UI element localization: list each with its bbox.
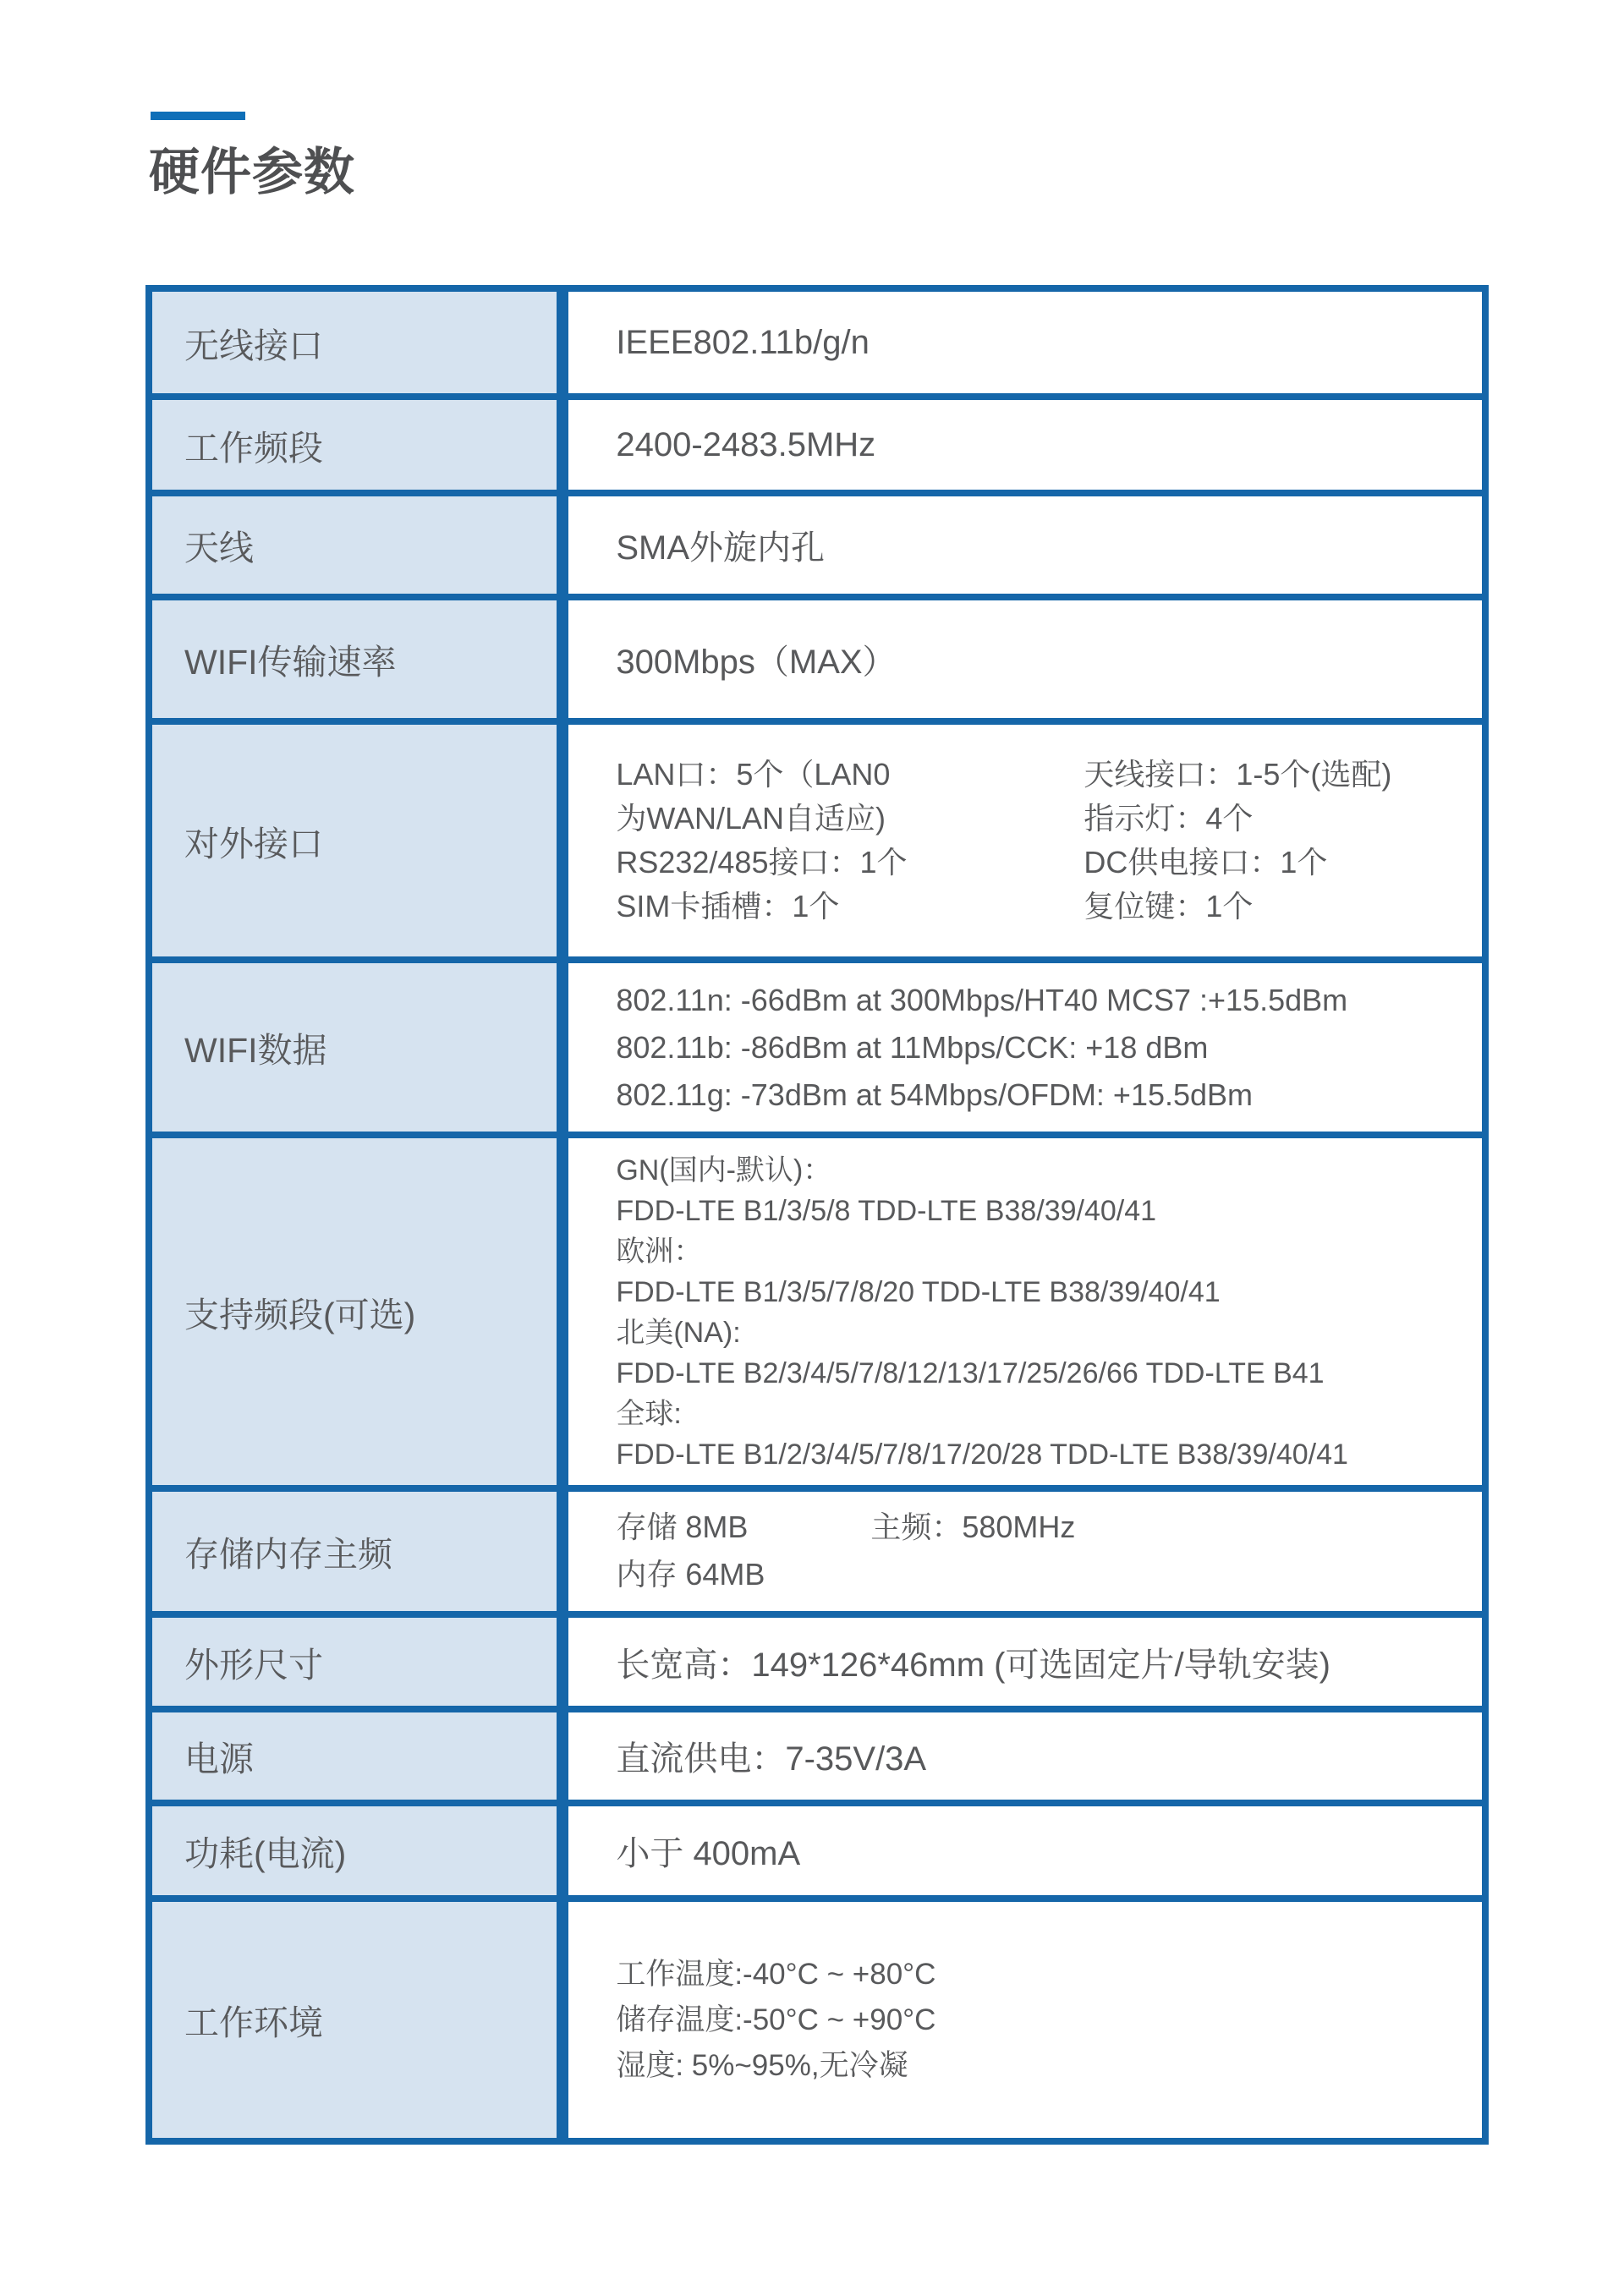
spec-row-storage-memory-clock: 存储内存主频 存储 8MB 内存 64MB 主频：580MHz xyxy=(149,1488,1485,1614)
external-interfaces-left-column: LAN口：5个（LAN0 为WAN/LAN自适应) RS232/485接口：1个… xyxy=(616,753,1084,929)
spec-line: 复位键：1个 xyxy=(1084,885,1462,929)
spec-row-wifi-rate: WIFI传输速率 300Mbps（MAX） xyxy=(149,597,1485,721)
spec-line: FDD-LTE B1/3/5/8 TDD-LTE B38/39/40/41 xyxy=(616,1191,1462,1231)
spec-line: FDD-LTE B1/2/3/4/5/7/8/17/20/28 TDD-LTE … xyxy=(616,1434,1462,1475)
spec-label: 工作环境 xyxy=(149,1899,562,2141)
spec-line: 内存 64MB xyxy=(616,1551,870,1598)
spec-value: SMA外旋内孔 xyxy=(562,493,1485,597)
spec-label: 存储内存主频 xyxy=(149,1488,562,1614)
storage-memory-left-column: 存储 8MB 内存 64MB xyxy=(616,1504,870,1598)
spec-line: FDD-LTE B2/3/4/5/7/8/12/13/17/25/26/66 T… xyxy=(616,1353,1462,1394)
spec-label: 天线 xyxy=(149,493,562,597)
spec-line: SIM卡插槽：1个 xyxy=(616,885,1084,929)
spec-line: 主频：580MHz xyxy=(870,1504,1462,1551)
spec-row-external-interfaces: 对外接口 LAN口：5个（LAN0 为WAN/LAN自适应) RS232/485… xyxy=(149,721,1485,960)
spec-label: 外形尺寸 xyxy=(149,1614,562,1709)
spec-label: 无线接口 xyxy=(149,288,562,397)
spec-line: 802.11b: -86dBm at 11Mbps/CCK: +18 dBm xyxy=(616,1024,1462,1071)
spec-value: 直流供电：7-35V/3A xyxy=(562,1709,1485,1803)
spec-line: DC供电接口：1个 xyxy=(1084,841,1462,885)
title-accent-bar xyxy=(151,112,245,120)
spec-line: 802.11g: -73dBm at 54Mbps/OFDM: +15.5dBm xyxy=(616,1071,1462,1119)
spec-label: 对外接口 xyxy=(149,721,562,960)
spec-line: 湿度: 5%~95%,无冷凝 xyxy=(616,2043,1462,2089)
spec-line: 全球: xyxy=(616,1394,1462,1434)
spec-label: 电源 xyxy=(149,1709,562,1803)
spec-line: 存储 8MB xyxy=(616,1504,870,1551)
spec-value: GN(国内-默认)： FDD-LTE B1/3/5/8 TDD-LTE B38/… xyxy=(562,1135,1485,1488)
spec-line: FDD-LTE B1/3/5/7/8/20 TDD-LTE B38/39/40/… xyxy=(616,1272,1462,1312)
spec-row-supported-bands: 支持频段(可选) GN(国内-默认)： FDD-LTE B1/3/5/8 TDD… xyxy=(149,1135,1485,1488)
spec-line: 工作温度:-40°C ~ +80°C xyxy=(616,1952,1462,1997)
external-interfaces-right-column: 天线接口：1-5个(选配) 指示灯：4个 DC供电接口：1个 复位键：1个 xyxy=(1084,753,1462,929)
spec-row-power-consumption: 功耗(电流) 小于 400mA xyxy=(149,1803,1485,1899)
spec-value: 802.11n: -66dBm at 300Mbps/HT40 MCS7 :+1… xyxy=(562,960,1485,1135)
spec-row-antenna: 天线 SMA外旋内孔 xyxy=(149,493,1485,597)
spec-line: 北美(NA): xyxy=(616,1312,1462,1353)
storage-memory-right-column: 主频：580MHz xyxy=(870,1504,1462,1551)
spec-line: 802.11n: -66dBm at 300Mbps/HT40 MCS7 :+1… xyxy=(616,977,1462,1024)
spec-row-power-supply: 电源 直流供电：7-35V/3A xyxy=(149,1709,1485,1803)
spec-value: 小于 400mA xyxy=(562,1803,1485,1899)
spec-sheet-page: 硬件参数 无线接口 IEEE802.11b/g/n 工作频段 2400-2483… xyxy=(0,0,1624,2296)
spec-line: LAN口：5个（LAN0 xyxy=(616,753,1084,797)
spec-label: WIFI数据 xyxy=(149,960,562,1135)
spec-label: WIFI传输速率 xyxy=(149,597,562,721)
spec-line: RS232/485接口：1个 xyxy=(616,841,1084,885)
spec-line: 指示灯：4个 xyxy=(1084,797,1462,841)
spec-value: LAN口：5个（LAN0 为WAN/LAN自适应) RS232/485接口：1个… xyxy=(562,721,1485,960)
spec-value: 2400-2483.5MHz xyxy=(562,397,1485,493)
spec-value: IEEE802.11b/g/n xyxy=(562,288,1485,397)
spec-value: 长宽高：149*126*46mm (可选固定片/导轨安装) xyxy=(562,1614,1485,1709)
spec-value: 工作温度:-40°C ~ +80°C 储存温度:-50°C ~ +90°C 湿度… xyxy=(562,1899,1485,2141)
spec-line: 天线接口：1-5个(选配) xyxy=(1084,753,1462,797)
spec-label: 功耗(电流) xyxy=(149,1803,562,1899)
spec-value: 存储 8MB 内存 64MB 主频：580MHz xyxy=(562,1488,1485,1614)
spec-row-operating-environment: 工作环境 工作温度:-40°C ~ +80°C 储存温度:-50°C ~ +90… xyxy=(149,1899,1485,2141)
spec-label: 支持频段(可选) xyxy=(149,1135,562,1488)
spec-label: 工作频段 xyxy=(149,397,562,493)
spec-row-frequency-band: 工作频段 2400-2483.5MHz xyxy=(149,397,1485,493)
spec-line: 为WAN/LAN自适应) xyxy=(616,797,1084,841)
spec-value: 300Mbps（MAX） xyxy=(562,597,1485,721)
spec-row-dimensions: 外形尺寸 长宽高：149*126*46mm (可选固定片/导轨安装) xyxy=(149,1614,1485,1709)
page-title: 硬件参数 xyxy=(149,132,355,205)
spec-row-wireless-interface: 无线接口 IEEE802.11b/g/n xyxy=(149,288,1485,397)
spec-line: GN(国内-默认)： xyxy=(616,1150,1462,1191)
hardware-spec-table: 无线接口 IEEE802.11b/g/n 工作频段 2400-2483.5MHz… xyxy=(145,285,1489,2145)
spec-line: 欧洲： xyxy=(616,1231,1462,1272)
spec-line: 储存温度:-50°C ~ +90°C xyxy=(616,1997,1462,2043)
spec-row-wifi-data: WIFI数据 802.11n: -66dBm at 300Mbps/HT40 M… xyxy=(149,960,1485,1135)
